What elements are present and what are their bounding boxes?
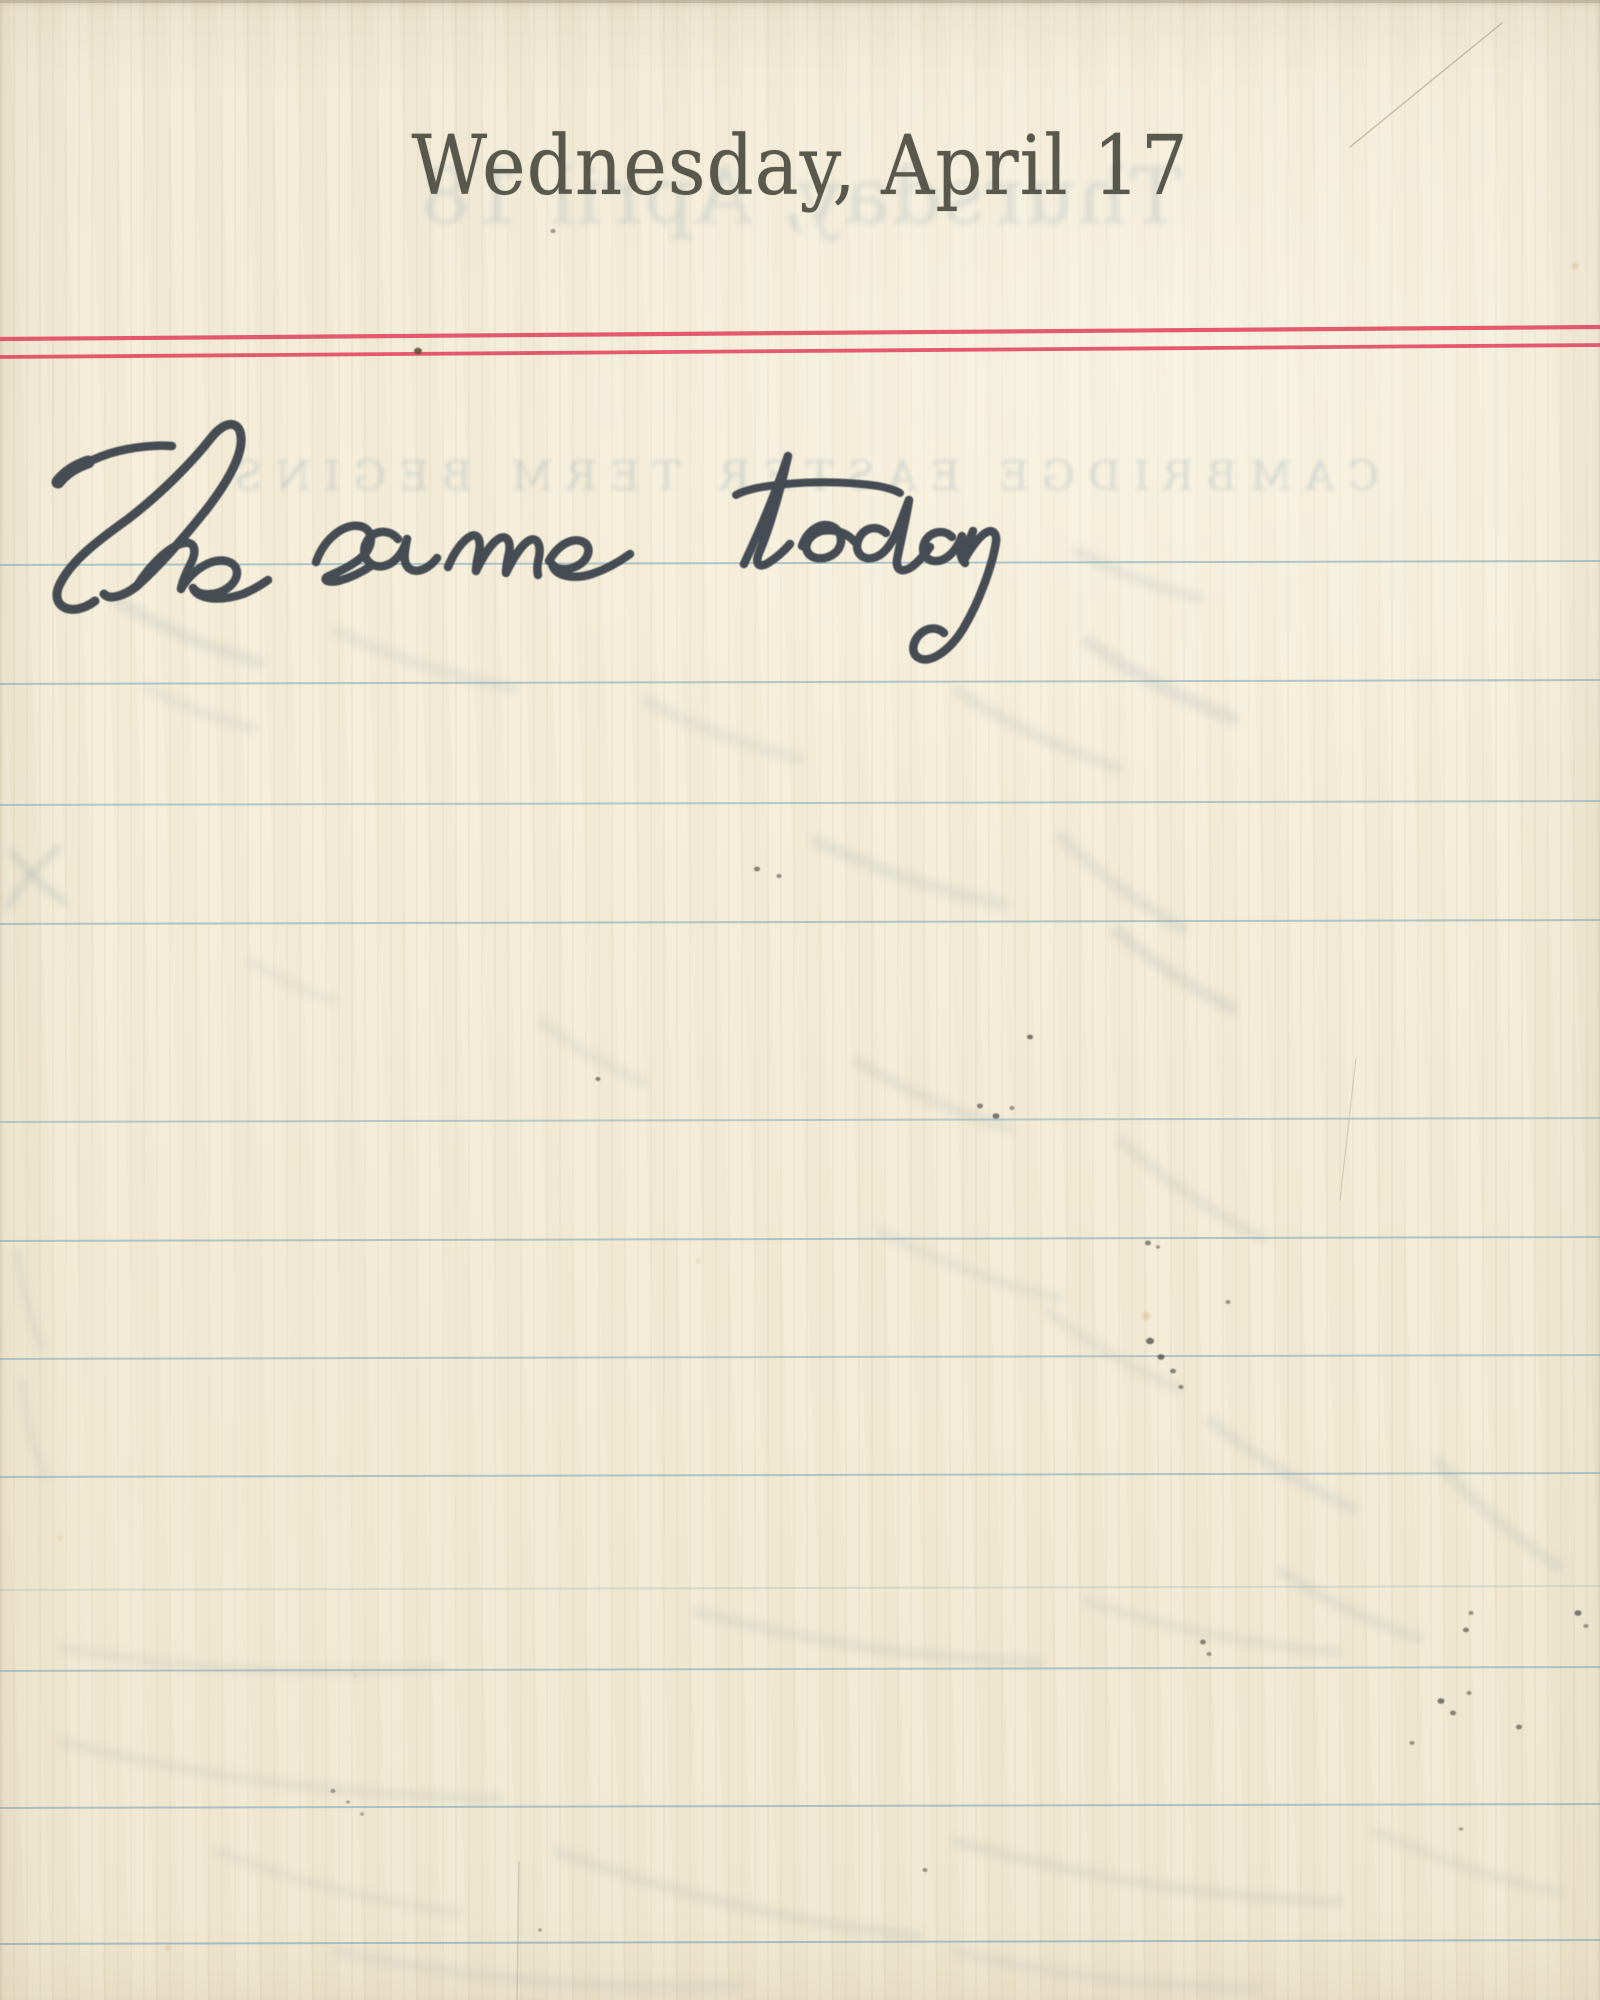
- ink-specks: [331, 229, 1589, 1932]
- diary-page: Thursday, April 18 CAMBRIDGE EASTER TERM…: [0, 0, 1600, 2000]
- handwriting-entry: [0, 0, 1600, 2000]
